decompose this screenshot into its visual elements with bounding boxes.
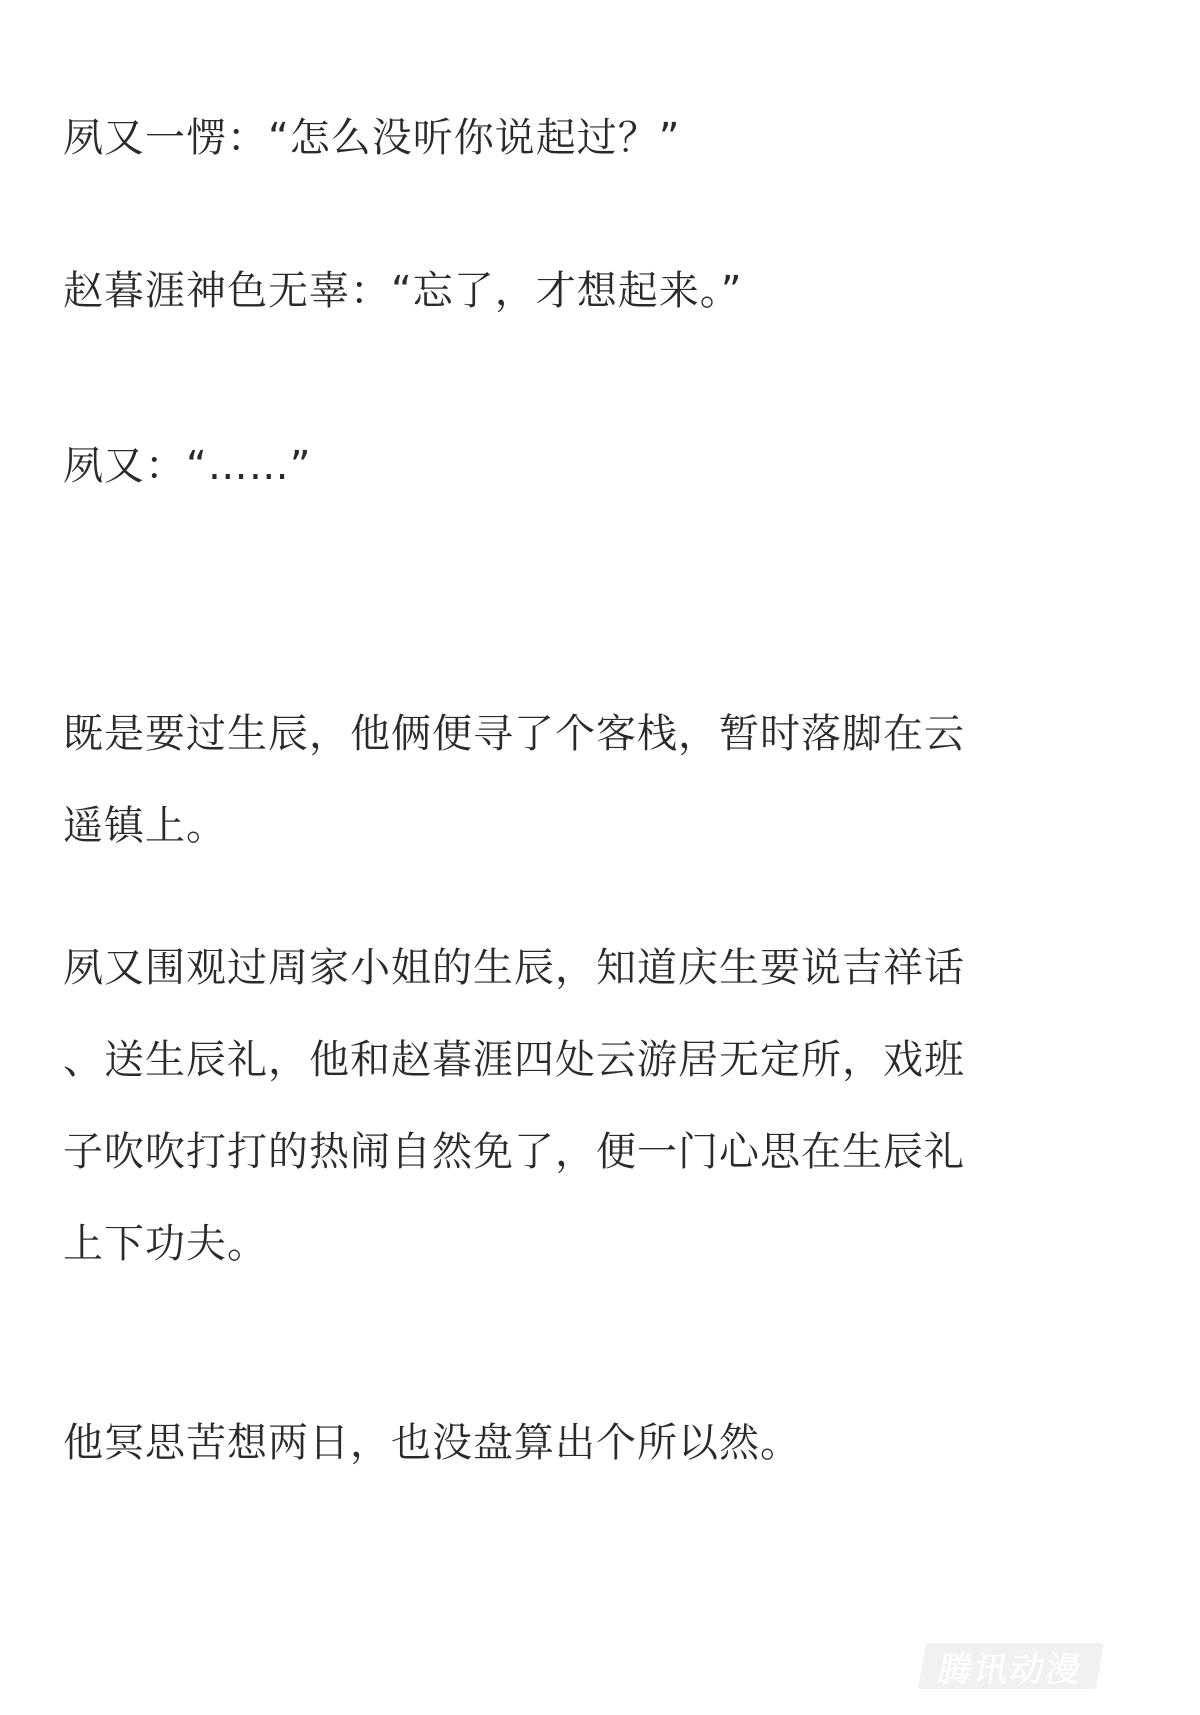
paragraph-4: 既是要过生辰，他俩便寻了个客栈，暂时落脚在云 遥镇上。: [63, 688, 1103, 872]
text-line: 、送生辰礼，他和赵暮涯四处云游居无定所，戏班: [63, 1014, 1103, 1106]
watermark-logo: 腾讯动漫: [918, 1643, 1104, 1689]
paragraph-1: 夙又一愣：“怎么没听你说起过？”: [63, 92, 1103, 184]
text-line: 遥镇上。: [63, 780, 1103, 872]
text-line: 赵暮涯神色无辜：“忘了，才想起来。”: [63, 245, 1103, 337]
document-page: 夙又一愣：“怎么没听你说起过？” 赵暮涯神色无辜：“忘了，才想起来。” 夙又：“…: [0, 0, 1200, 1715]
text-line: 上下功夫。: [63, 1198, 1103, 1290]
text-line: 他冥思苦想两日，也没盘算出个所以然。: [63, 1397, 1103, 1489]
paragraph-2: 赵暮涯神色无辜：“忘了，才想起来。”: [63, 245, 1103, 337]
text-line: 夙又一愣：“怎么没听你说起过？”: [63, 92, 1103, 184]
paragraph-3: 夙又：“……”: [63, 420, 1103, 512]
text-line: 夙又围观过周家小姐的生辰，知道庆生要说吉祥话: [63, 922, 1103, 1014]
text-line: 既是要过生辰，他俩便寻了个客栈，暂时落脚在云: [63, 688, 1103, 780]
text-line: 夙又：“……”: [63, 420, 1103, 512]
paragraph-5: 夙又围观过周家小姐的生辰，知道庆生要说吉祥话 、送生辰礼，他和赵暮涯四处云游居无…: [63, 922, 1103, 1290]
text-line: 子吹吹打打的热闹自然免了，便一门心思在生辰礼: [63, 1106, 1103, 1198]
paragraph-6: 他冥思苦想两日，也没盘算出个所以然。: [63, 1397, 1103, 1489]
